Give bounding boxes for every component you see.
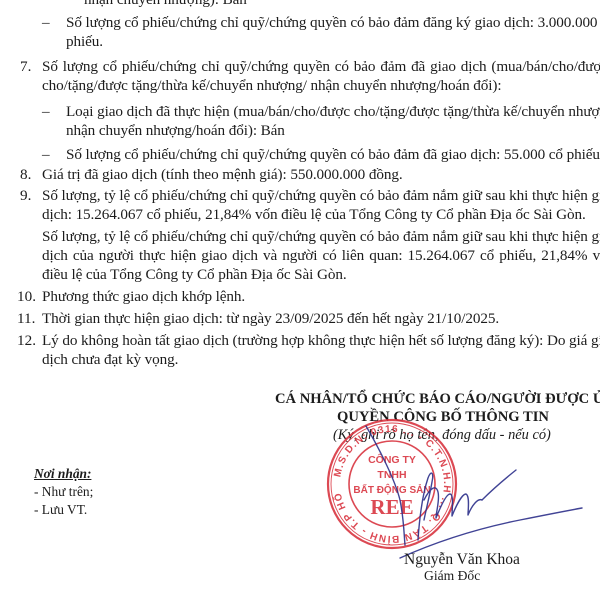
item9-related-holding-line1: Số lượng, tỷ lệ cổ phiếu/chứng chỉ quỹ/c…	[42, 228, 600, 246]
item11-period: Thời gian thực hiện giao dịch: từ ngày 2…	[42, 310, 499, 328]
item12-reason-line2: dịch chưa đạt kỳ vọng.	[42, 351, 178, 369]
item7-number: 7.	[20, 58, 31, 76]
item6-cut-line: nhận chuyển nhượng): Bán	[84, 0, 247, 9]
item11-number: 11.	[17, 310, 35, 328]
item7-transaction-type-line2: nhận chuyển nhượng/hoán đổi): Bán	[66, 122, 285, 140]
item7-sub1-dash: –	[42, 103, 50, 121]
item7-transaction-type-line1: Loại giao dịch đã thực hiện (mua/bán/cho…	[66, 103, 600, 121]
document-page: nhận chuyển nhượng): Bán – Số lượng cổ p…	[0, 0, 600, 600]
stamp-inner-line1: CÔNG TY	[368, 453, 416, 466]
stamp-inner-line2: TNHH	[377, 469, 406, 481]
company-stamp: M.S.D.N: 0316 ... - C.T.N.H.H ... Q. TÂN…	[324, 416, 460, 552]
signature-title-line1: CÁ NHÂN/TỔ CHỨC BÁO CÁO/NGƯỜI ĐƯỢC ỦY	[275, 390, 600, 408]
recipients-title: Nơi nhận:	[34, 466, 91, 482]
item7-sub2-dash: –	[42, 146, 50, 164]
item9-holding-line1: Số lượng, tỷ lệ cổ phiếu/chứng chỉ quỹ/c…	[42, 187, 600, 205]
item7-text-line1: Số lượng cổ phiếu/chứng chỉ quỹ/chứng qu…	[42, 58, 600, 76]
item6-dash: –	[42, 14, 50, 32]
stamp-brand: REE	[370, 495, 413, 519]
item6-registered-qty: Số lượng cổ phiếu/chứng chỉ quỹ/chứng qu…	[66, 14, 600, 32]
item9-related-holding-line3: điều lệ của Tổng Công ty Cổ phần Địa ốc …	[42, 266, 347, 284]
item6-registered-qty-cont: phiếu.	[66, 33, 103, 51]
recipient-item: - Lưu VT.	[34, 502, 87, 518]
item12-number: 12.	[17, 332, 36, 350]
signer-name: Nguyễn Văn Khoa	[404, 551, 520, 569]
item7-traded-qty: Số lượng cổ phiếu/chứng chỉ quỹ/chứng qu…	[66, 146, 600, 164]
item8-trade-value: Giá trị đã giao dịch (tính theo mệnh giá…	[42, 166, 403, 184]
item7-text-line2: cho/tặng/được tặng/thừa kế/chuyển nhượng…	[42, 77, 501, 95]
recipient-item: - Như trên;	[34, 484, 93, 500]
item10-number: 10.	[17, 288, 36, 306]
item9-number: 9.	[20, 187, 31, 205]
item8-number: 8.	[20, 166, 31, 184]
signer-role: Giám Đốc	[424, 568, 480, 584]
item9-holding-line2: dịch: 15.264.067 cổ phiếu, 21,84% vốn đi…	[42, 206, 586, 224]
item12-reason-line1: Lý do không hoàn tất giao dịch (trường h…	[42, 332, 600, 350]
item9-related-holding-line2: dịch của người thực hiện giao dịch và ng…	[42, 247, 600, 265]
item10-method: Phương thức giao dịch khớp lệnh.	[42, 288, 245, 306]
